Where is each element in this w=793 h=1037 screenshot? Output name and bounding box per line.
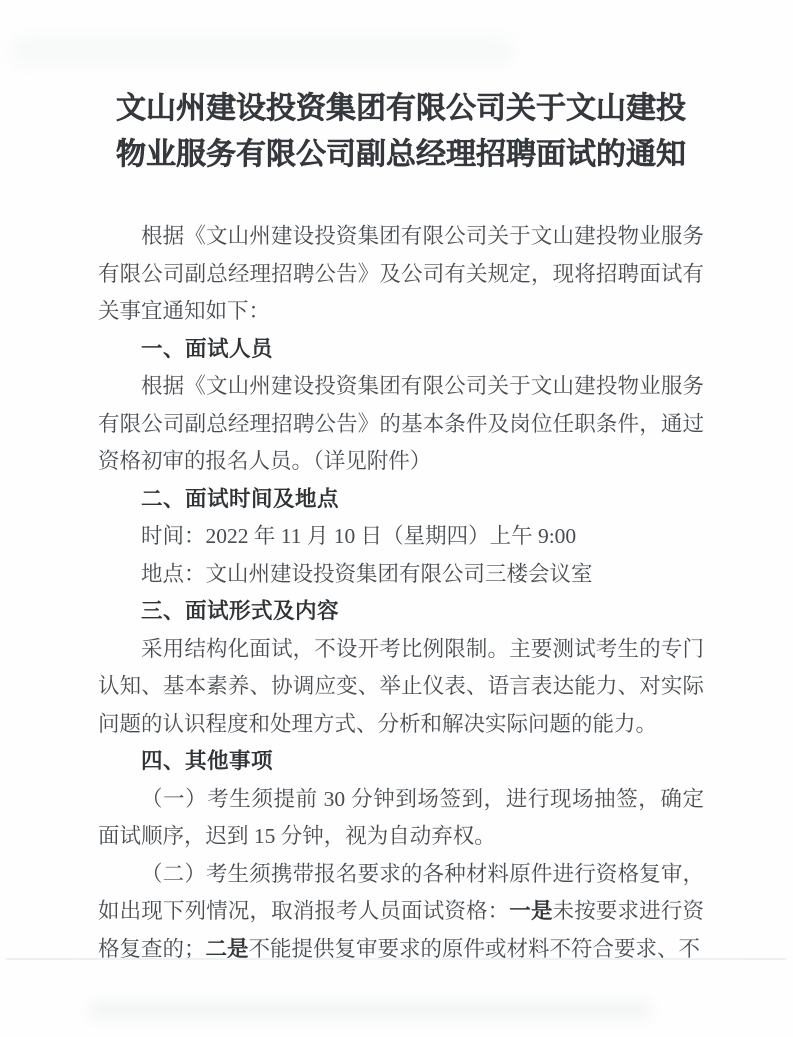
section3-paragraph: 采用结构化面试，不设开考比例限制。主要测试考生的专门认知、基本素养、协调应变、举… [98,631,704,744]
scan-artifact-top [12,38,512,64]
section4-heading: 四、其他事项 [98,743,704,781]
document-content: 根据《文山州建设投资集团有限公司关于文山建投物业服务有限公司副总经理招聘公告》及… [98,218,704,968]
document-title-line1: 文山州建设投资集团有限公司关于文山建投 [98,86,704,132]
scanned-document-page: 文山州建设投资集团有限公司关于文山建投 物业服务有限公司副总经理招聘面试的通知 … [0,0,793,1037]
section4-item1-paragraph: （一）考生须提前 30 分钟到场签到，进行现场抽签，确定面试顺序，迟到 15 分… [98,781,704,856]
section2-place-line: 地点：文山州建设投资集团有限公司三楼会议室 [98,556,704,594]
section1-heading: 一、面试人员 [98,331,704,369]
section2-time-line: 时间：2022 年 11 月 10 日（星期四）上午 9:00 [98,518,704,556]
section3-heading: 三、面试形式及内容 [98,593,704,631]
document-body: 文山州建设投资集团有限公司关于文山建投 物业服务有限公司副总经理招聘面试的通知 … [98,86,704,968]
section1-paragraph: 根据《文山州建设投资集团有限公司关于文山建投物业服务有限公司副总经理招聘公告》的… [98,368,704,481]
section4-item2-paragraph: （二）考生须携带报名要求的各种材料原件进行资格复审，如出现下列情况，取消报考人员… [98,856,704,969]
section4-item2-text3: 不能提供复审要求的原件或材料不符合要求、不 [249,937,701,961]
section4-item2-emphasis1: 一是 [509,899,552,923]
document-title-line2: 物业服务有限公司副总经理招聘面试的通知 [98,132,704,178]
section4-item2-emphasis2: 二是 [206,937,249,961]
document-title: 文山州建设投资集团有限公司关于文山建投 物业服务有限公司副总经理招聘面试的通知 [98,86,704,178]
intro-paragraph: 根据《文山州建设投资集团有限公司关于文山建投物业服务有限公司副总经理招聘公告》及… [98,218,704,331]
scan-artifact-bottom [90,1002,650,1018]
section2-heading: 二、面试时间及地点 [98,481,704,519]
